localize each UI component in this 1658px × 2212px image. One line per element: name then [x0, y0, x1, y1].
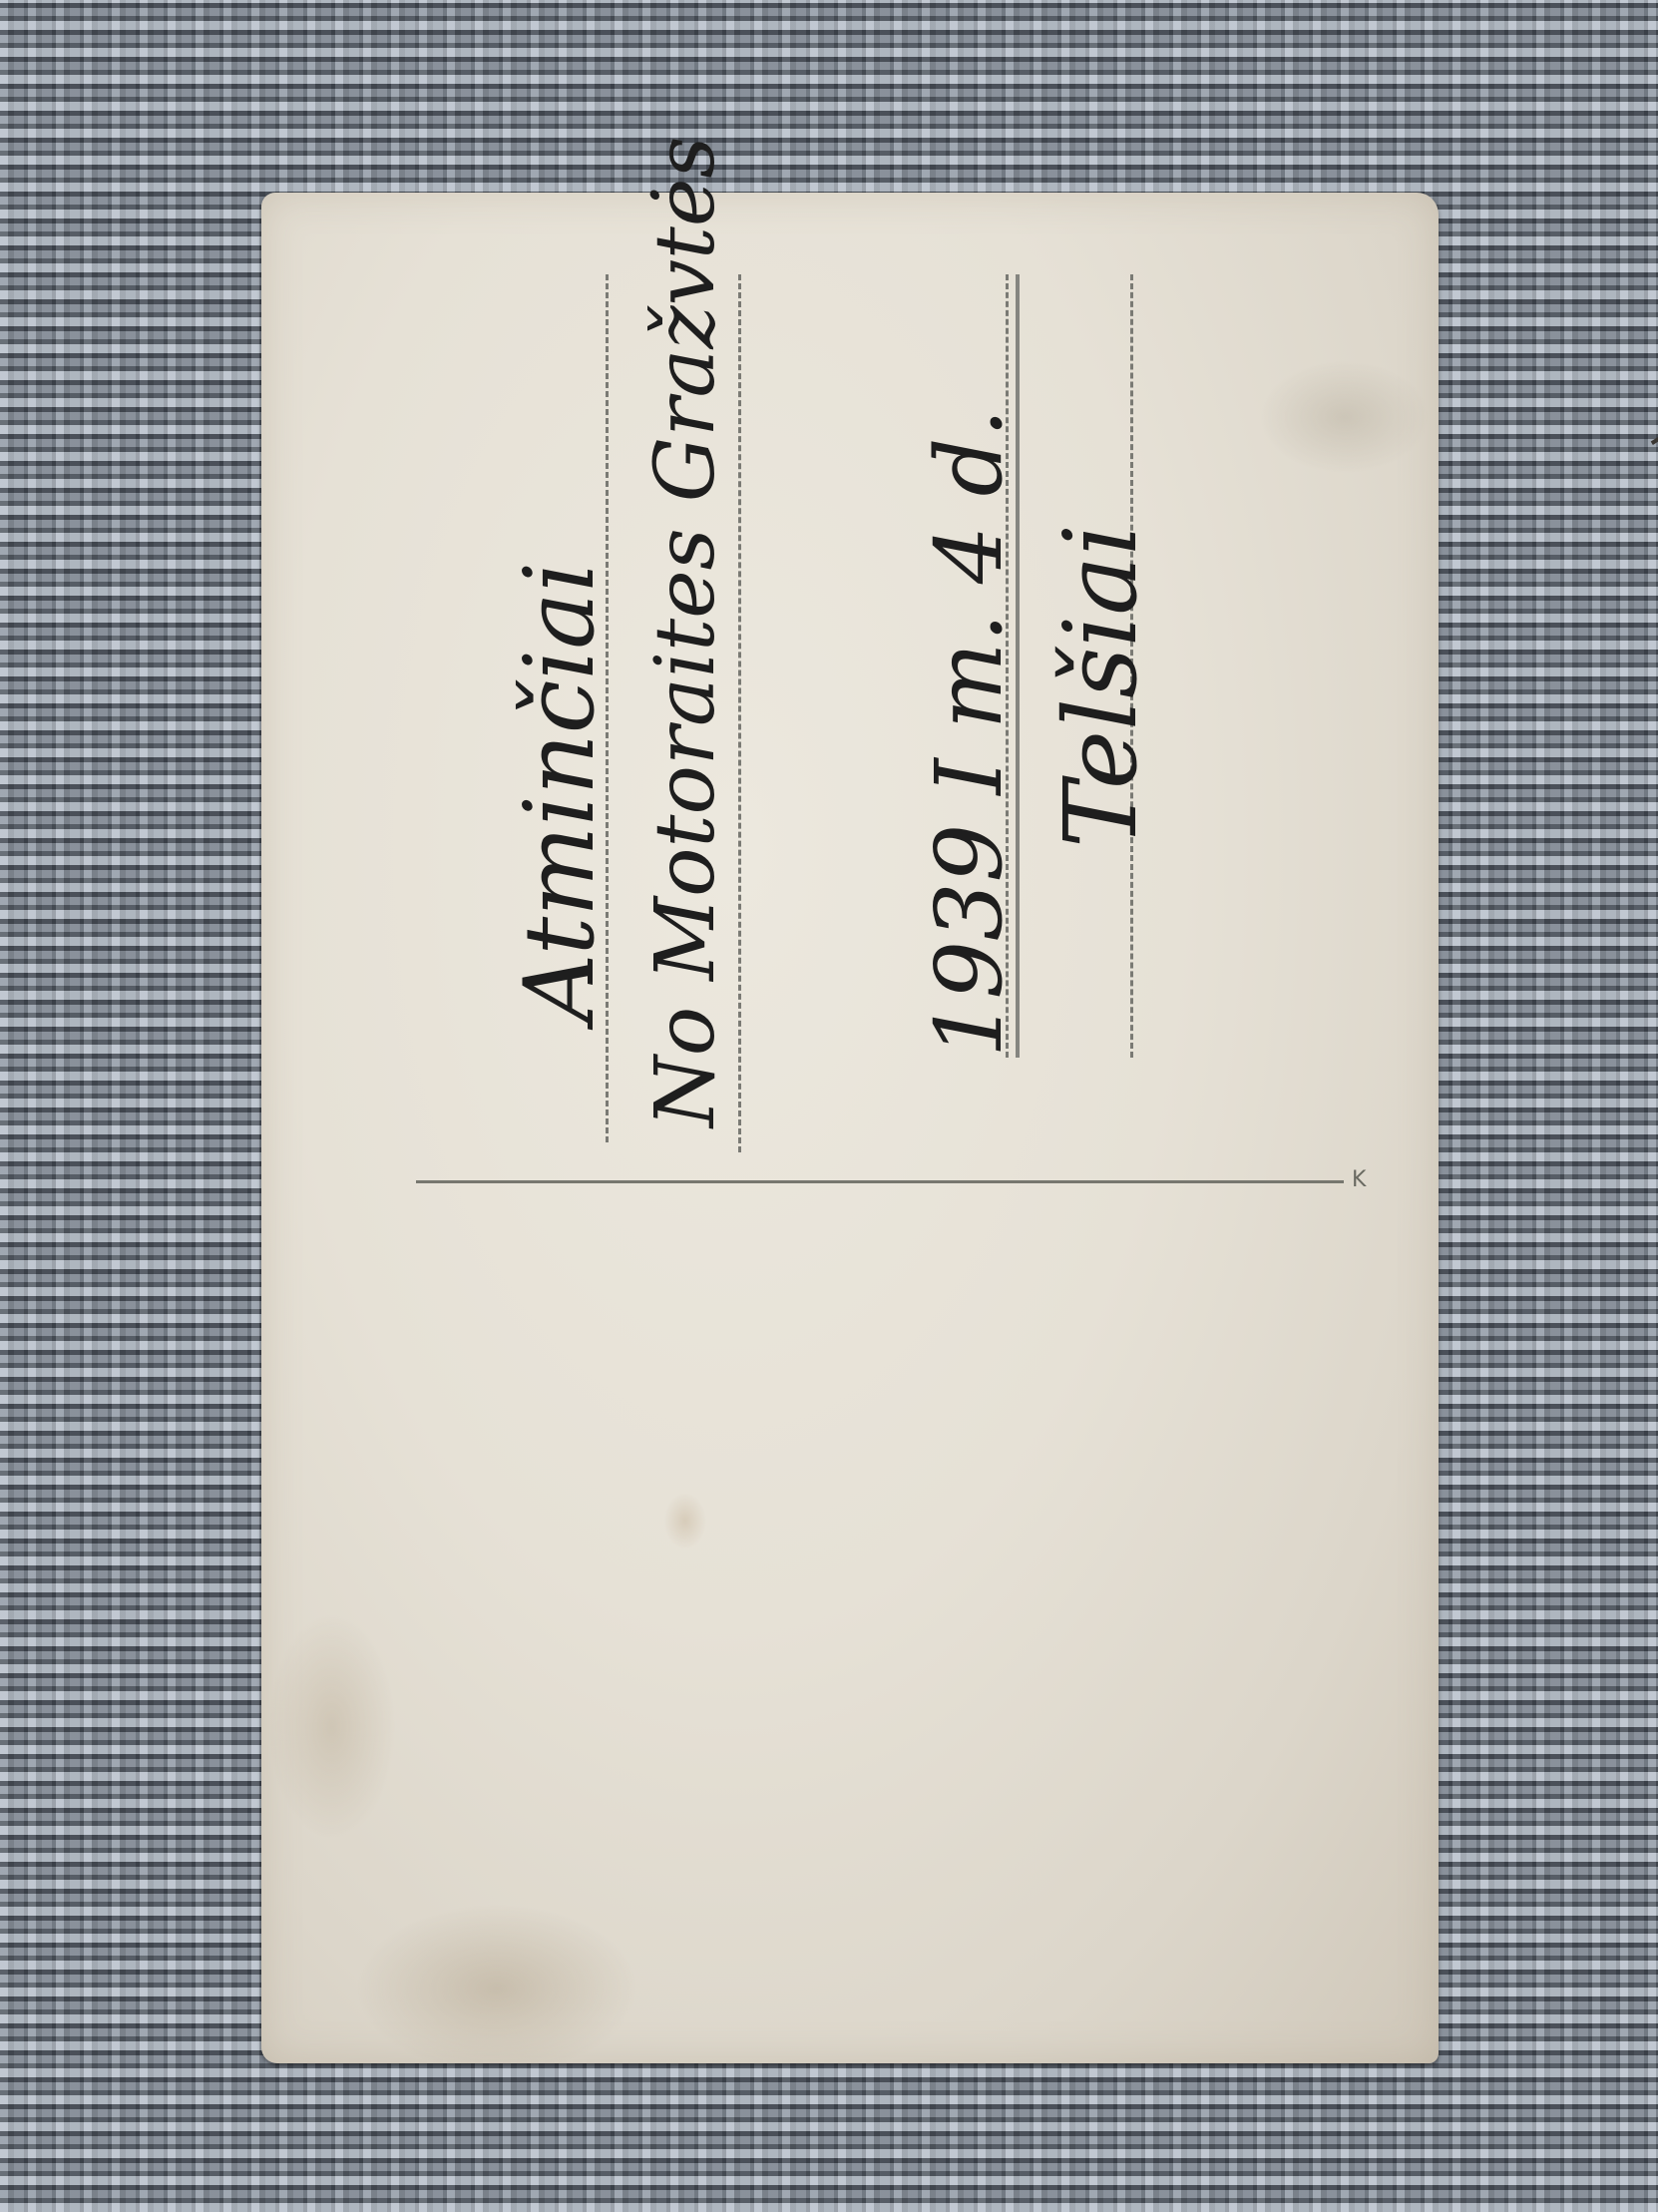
divider-line	[416, 1180, 1344, 1183]
address-line-2	[738, 274, 741, 1152]
postcard-back	[261, 193, 1439, 2063]
handwriting-line-2: No Motoraites Gražvtės	[638, 137, 733, 1127]
handwriting-line-1: Atminčiai	[504, 562, 616, 1023]
handwriting-line-4: Telšiai	[1042, 524, 1159, 848]
printed-marker: K	[1352, 1167, 1366, 1192]
handwriting-line-3: 1939 I m. 4 d.	[916, 408, 1023, 1058]
corner-tear	[1651, 415, 1658, 445]
